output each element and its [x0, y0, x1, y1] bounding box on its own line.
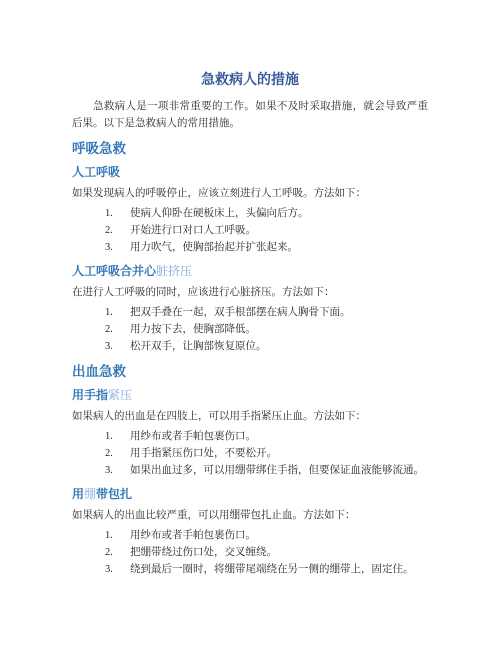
document-page: 急救病人的措施 急救病人是一项非常重要的工作。如果不及时采取措施，就会导致严重后…	[0, 0, 500, 647]
section-heading-bleeding: 出血急救	[72, 364, 428, 380]
subsection-intro: 如果病人的出血是在四肢上，可以用手指紧压止血。方法如下：	[72, 408, 428, 425]
subsection-heading-respiration-with-cardiac-compression: 人工呼吸合并心脏挤压	[72, 264, 428, 279]
list-item-text: 绕到最后一圈时，将绷带尾端绕在另一侧的绷带上，固定住。	[130, 561, 428, 578]
heading-text-bold: 用	[72, 487, 84, 501]
list-item-number: 3.	[105, 462, 130, 479]
subsection-heading-artificial-respiration: 人工呼吸	[72, 165, 428, 180]
list-item-text: 用力按下去，使胸部降低。	[130, 321, 428, 338]
list-item-text: 用手指紧压伤口处，不要松开。	[130, 445, 428, 462]
numbered-list: 1. 把双手叠在一起，双手根部摆在病人胸骨下面。 2. 用力按下去，使胸部降低。…	[72, 304, 428, 355]
list-item: 2. 用力按下去，使胸部降低。	[72, 321, 428, 338]
list-item: 1. 用纱布或者手帕包裹伤口。	[72, 428, 428, 445]
list-item-number: 2.	[105, 222, 130, 239]
list-item-text: 如果出血过多，可以用绷带绑住手指，但要保证血液能够流通。	[130, 462, 428, 479]
list-item: 1. 把双手叠在一起，双手根部摆在病人胸骨下面。	[72, 304, 428, 321]
list-item: 3. 松开双手，让胸部恢复原位。	[72, 338, 428, 355]
list-item-number: 2.	[105, 445, 130, 462]
subsection-heading-bandage-wrapping: 用绷带包扎	[72, 487, 428, 502]
list-item-text: 用纱布或者手帕包裹伤口。	[130, 428, 428, 445]
heading-text-bold: 用手指	[72, 388, 108, 402]
heading-text-bold: 人工呼吸合并心	[72, 264, 156, 278]
subsection-heading-finger-pressure: 用手指紧压	[72, 388, 428, 403]
heading-text-light: 脏挤压	[156, 264, 192, 278]
list-item: 1. 使病人仰卧在硬板床上，头偏向后方。	[72, 205, 428, 222]
list-item-text: 用力吹气，使胸部抬起并扩张起来。	[130, 239, 428, 256]
heading-text-bold: 带包扎	[96, 487, 132, 501]
list-item-text: 使病人仰卧在硬板床上，头偏向后方。	[130, 205, 428, 222]
list-item: 3. 绕到最后一圈时，将绷带尾端绕在另一侧的绷带上，固定住。	[72, 561, 428, 578]
page-title: 急救病人的措施	[72, 70, 428, 88]
subsection-intro: 如果病人的出血比较严重，可以用绷带包扎止血。方法如下：	[72, 507, 428, 524]
list-item-number: 3.	[105, 338, 130, 355]
list-item-text: 把绷带绕过伤口处，交叉缠绕。	[130, 544, 428, 561]
subsection-intro: 在进行人工呼吸的同时，应该进行心脏挤压。方法如下：	[72, 284, 428, 301]
list-item-number: 1.	[105, 428, 130, 445]
list-item: 2. 用手指紧压伤口处，不要松开。	[72, 445, 428, 462]
subsection-intro: 如果发现病人的呼吸停止，应该立刻进行人工呼吸。方法如下：	[72, 185, 428, 202]
section-heading-breathing: 呼吸急救	[72, 141, 428, 157]
numbered-list: 1. 使病人仰卧在硬板床上，头偏向后方。 2. 开始进行口对口人工呼吸。 3. …	[72, 205, 428, 256]
list-item-number: 3.	[105, 239, 130, 256]
list-item-number: 2.	[105, 544, 130, 561]
numbered-list: 1. 用纱布或者手帕包裹伤口。 2. 用手指紧压伤口处，不要松开。 3. 如果出…	[72, 428, 428, 479]
list-item-number: 3.	[105, 561, 130, 578]
list-item-number: 1.	[105, 304, 130, 321]
heading-text-light: 绷	[84, 487, 96, 501]
list-item-number: 2.	[105, 321, 130, 338]
numbered-list: 1. 用纱布或者手帕包裹伤口。 2. 把绷带绕过伤口处，交叉缠绕。 3. 绕到最…	[72, 527, 428, 578]
list-item: 1. 用纱布或者手帕包裹伤口。	[72, 527, 428, 544]
list-item: 2. 把绷带绕过伤口处，交叉缠绕。	[72, 544, 428, 561]
list-item-text: 把双手叠在一起，双手根部摆在病人胸骨下面。	[130, 304, 428, 321]
list-item: 3. 用力吹气，使胸部抬起并扩张起来。	[72, 239, 428, 256]
list-item: 2. 开始进行口对口人工呼吸。	[72, 222, 428, 239]
list-item-text: 开始进行口对口人工呼吸。	[130, 222, 428, 239]
intro-paragraph: 急救病人是一项非常重要的工作。如果不及时采取措施，就会导致严重后果。以下是急救病…	[72, 98, 428, 132]
list-item-text: 松开双手，让胸部恢复原位。	[130, 338, 428, 355]
list-item: 3. 如果出血过多，可以用绷带绑住手指，但要保证血液能够流通。	[72, 462, 428, 479]
list-item-number: 1.	[105, 205, 130, 222]
list-item-number: 1.	[105, 527, 130, 544]
heading-text-light: 紧压	[108, 388, 132, 402]
heading-text-bold: 人工呼吸	[72, 165, 120, 179]
list-item-text: 用纱布或者手帕包裹伤口。	[130, 527, 428, 544]
